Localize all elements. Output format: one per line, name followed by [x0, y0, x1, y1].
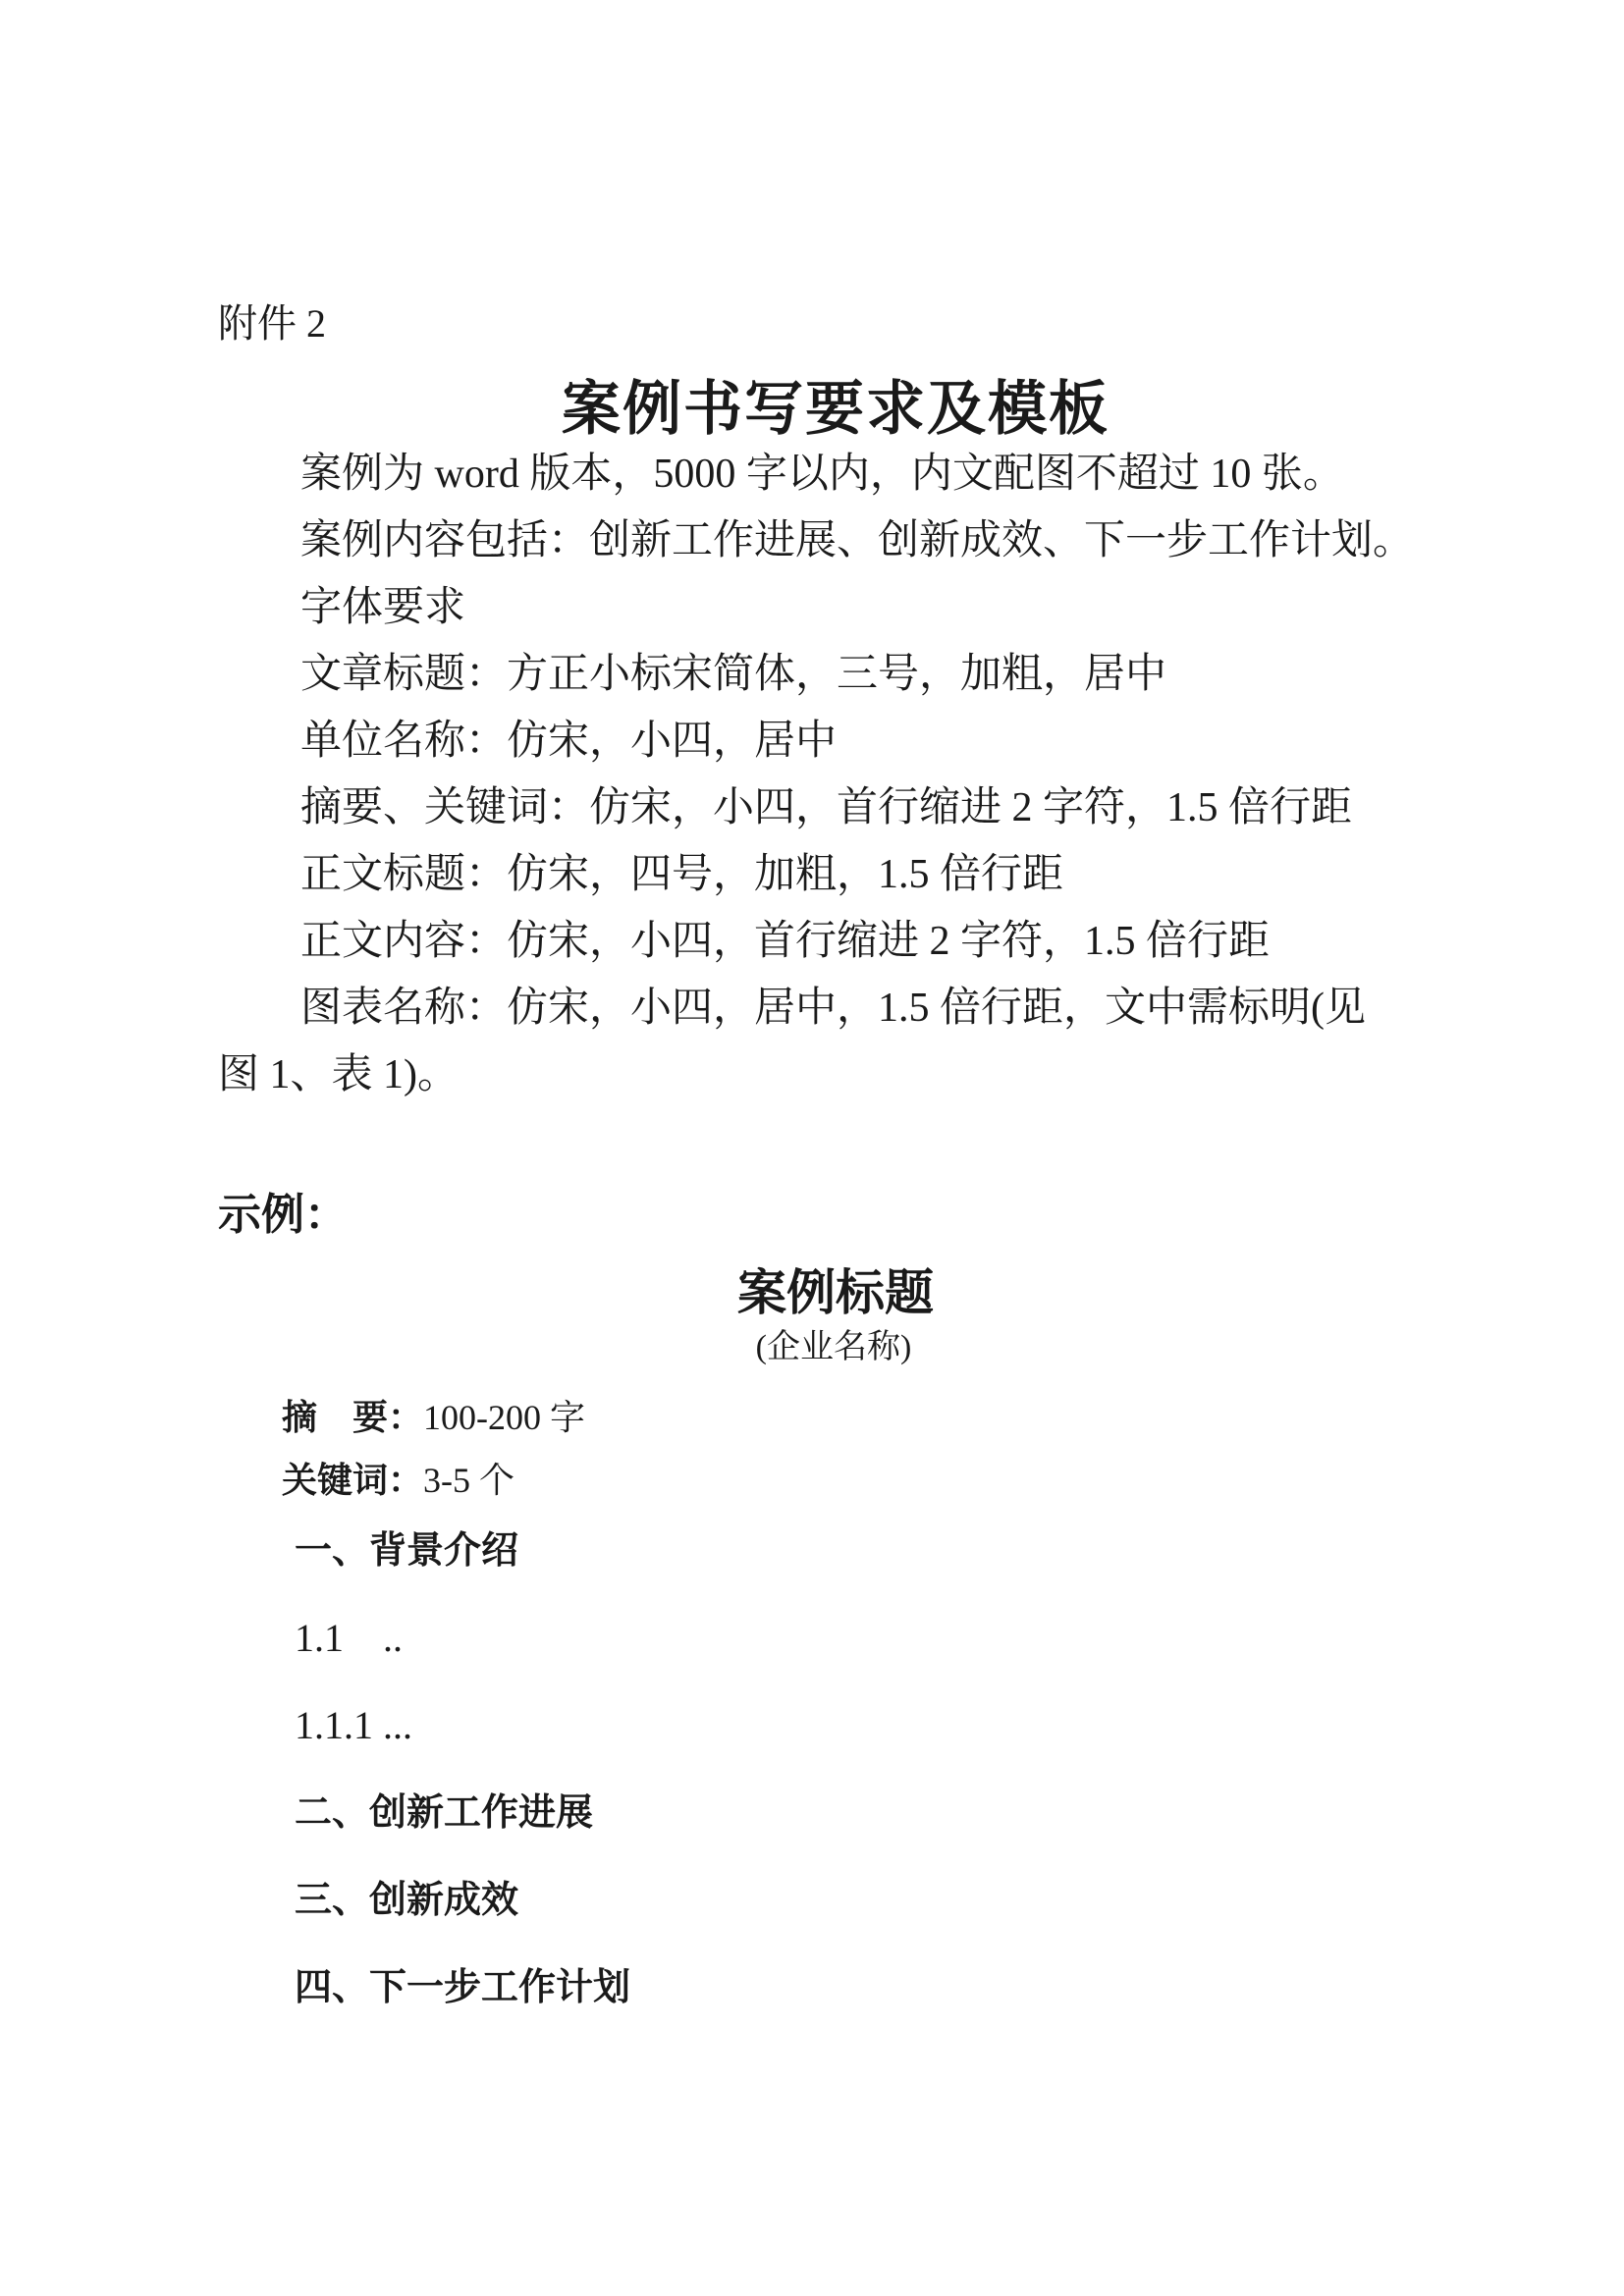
requirement-line: 字体要求 — [218, 574, 1428, 641]
outline-sub-1-1-1: 1.1.1 ... — [295, 1702, 412, 1749]
requirement-line: 摘要、关键词：仿宋，小四，首行缩进 2 字符，1.5 倍行距 — [218, 774, 1428, 841]
abstract-label: 摘 要： — [282, 1397, 423, 1437]
example-case-title: 案例标题 — [0, 1264, 1624, 1321]
requirement-line: 案例内容包括：创新工作进展、创新成效、下一步工作计划。 — [218, 507, 1428, 574]
abstract-line: 摘 要：100-200 字 — [282, 1396, 585, 1439]
requirement-line: 正文内容：仿宋，小四，首行缩进 2 字符，1.5 倍行距 — [218, 908, 1428, 975]
requirement-line: 图表名称：仿宋，小四，居中，1.5 倍行距，文中需标明(见 — [218, 975, 1428, 1041]
keywords-line: 关键词：3-5 个 — [282, 1459, 514, 1502]
outline-heading-3: 三、创新成效 — [295, 1877, 518, 1924]
requirement-line: 案例为 word 版本，5000 字以内，内文配图不超过 10 张。 — [218, 441, 1428, 507]
example-company-name: (企业名称) — [0, 1327, 1624, 1368]
keywords-value: 3-5 个 — [423, 1461, 514, 1500]
outline-heading-1: 一、背景介绍 — [295, 1527, 518, 1575]
requirement-line-wrap: 图 1、表 1)。 — [218, 1041, 1428, 1108]
outline-sub-1-1: 1.1 .. — [295, 1615, 403, 1662]
document-page: 附件 2 案例书写要求及模板 案例为 word 版本，5000 字以内，内文配图… — [0, 0, 1624, 2296]
abstract-value: 100-200 字 — [423, 1398, 585, 1437]
requirement-line: 正文标题：仿宋，四号，加粗，1.5 倍行距 — [218, 841, 1428, 908]
keywords-label: 关键词： — [282, 1460, 423, 1500]
example-section-label: 示例： — [218, 1190, 348, 1241]
document-title: 案例书写要求及模板 — [0, 375, 1624, 444]
requirement-line: 单位名称：仿宋，小四，居中 — [218, 708, 1428, 774]
requirements-paragraphs: 案例为 word 版本，5000 字以内，内文配图不超过 10 张。 案例内容包… — [218, 441, 1428, 1108]
outline-heading-2: 二、创新工作进展 — [295, 1789, 593, 1837]
attachment-label: 附件 2 — [218, 300, 326, 347]
outline-heading-4: 四、下一步工作计划 — [295, 1964, 630, 2011]
requirement-line: 文章标题：方正小标宋简体，三号，加粗，居中 — [218, 641, 1428, 708]
